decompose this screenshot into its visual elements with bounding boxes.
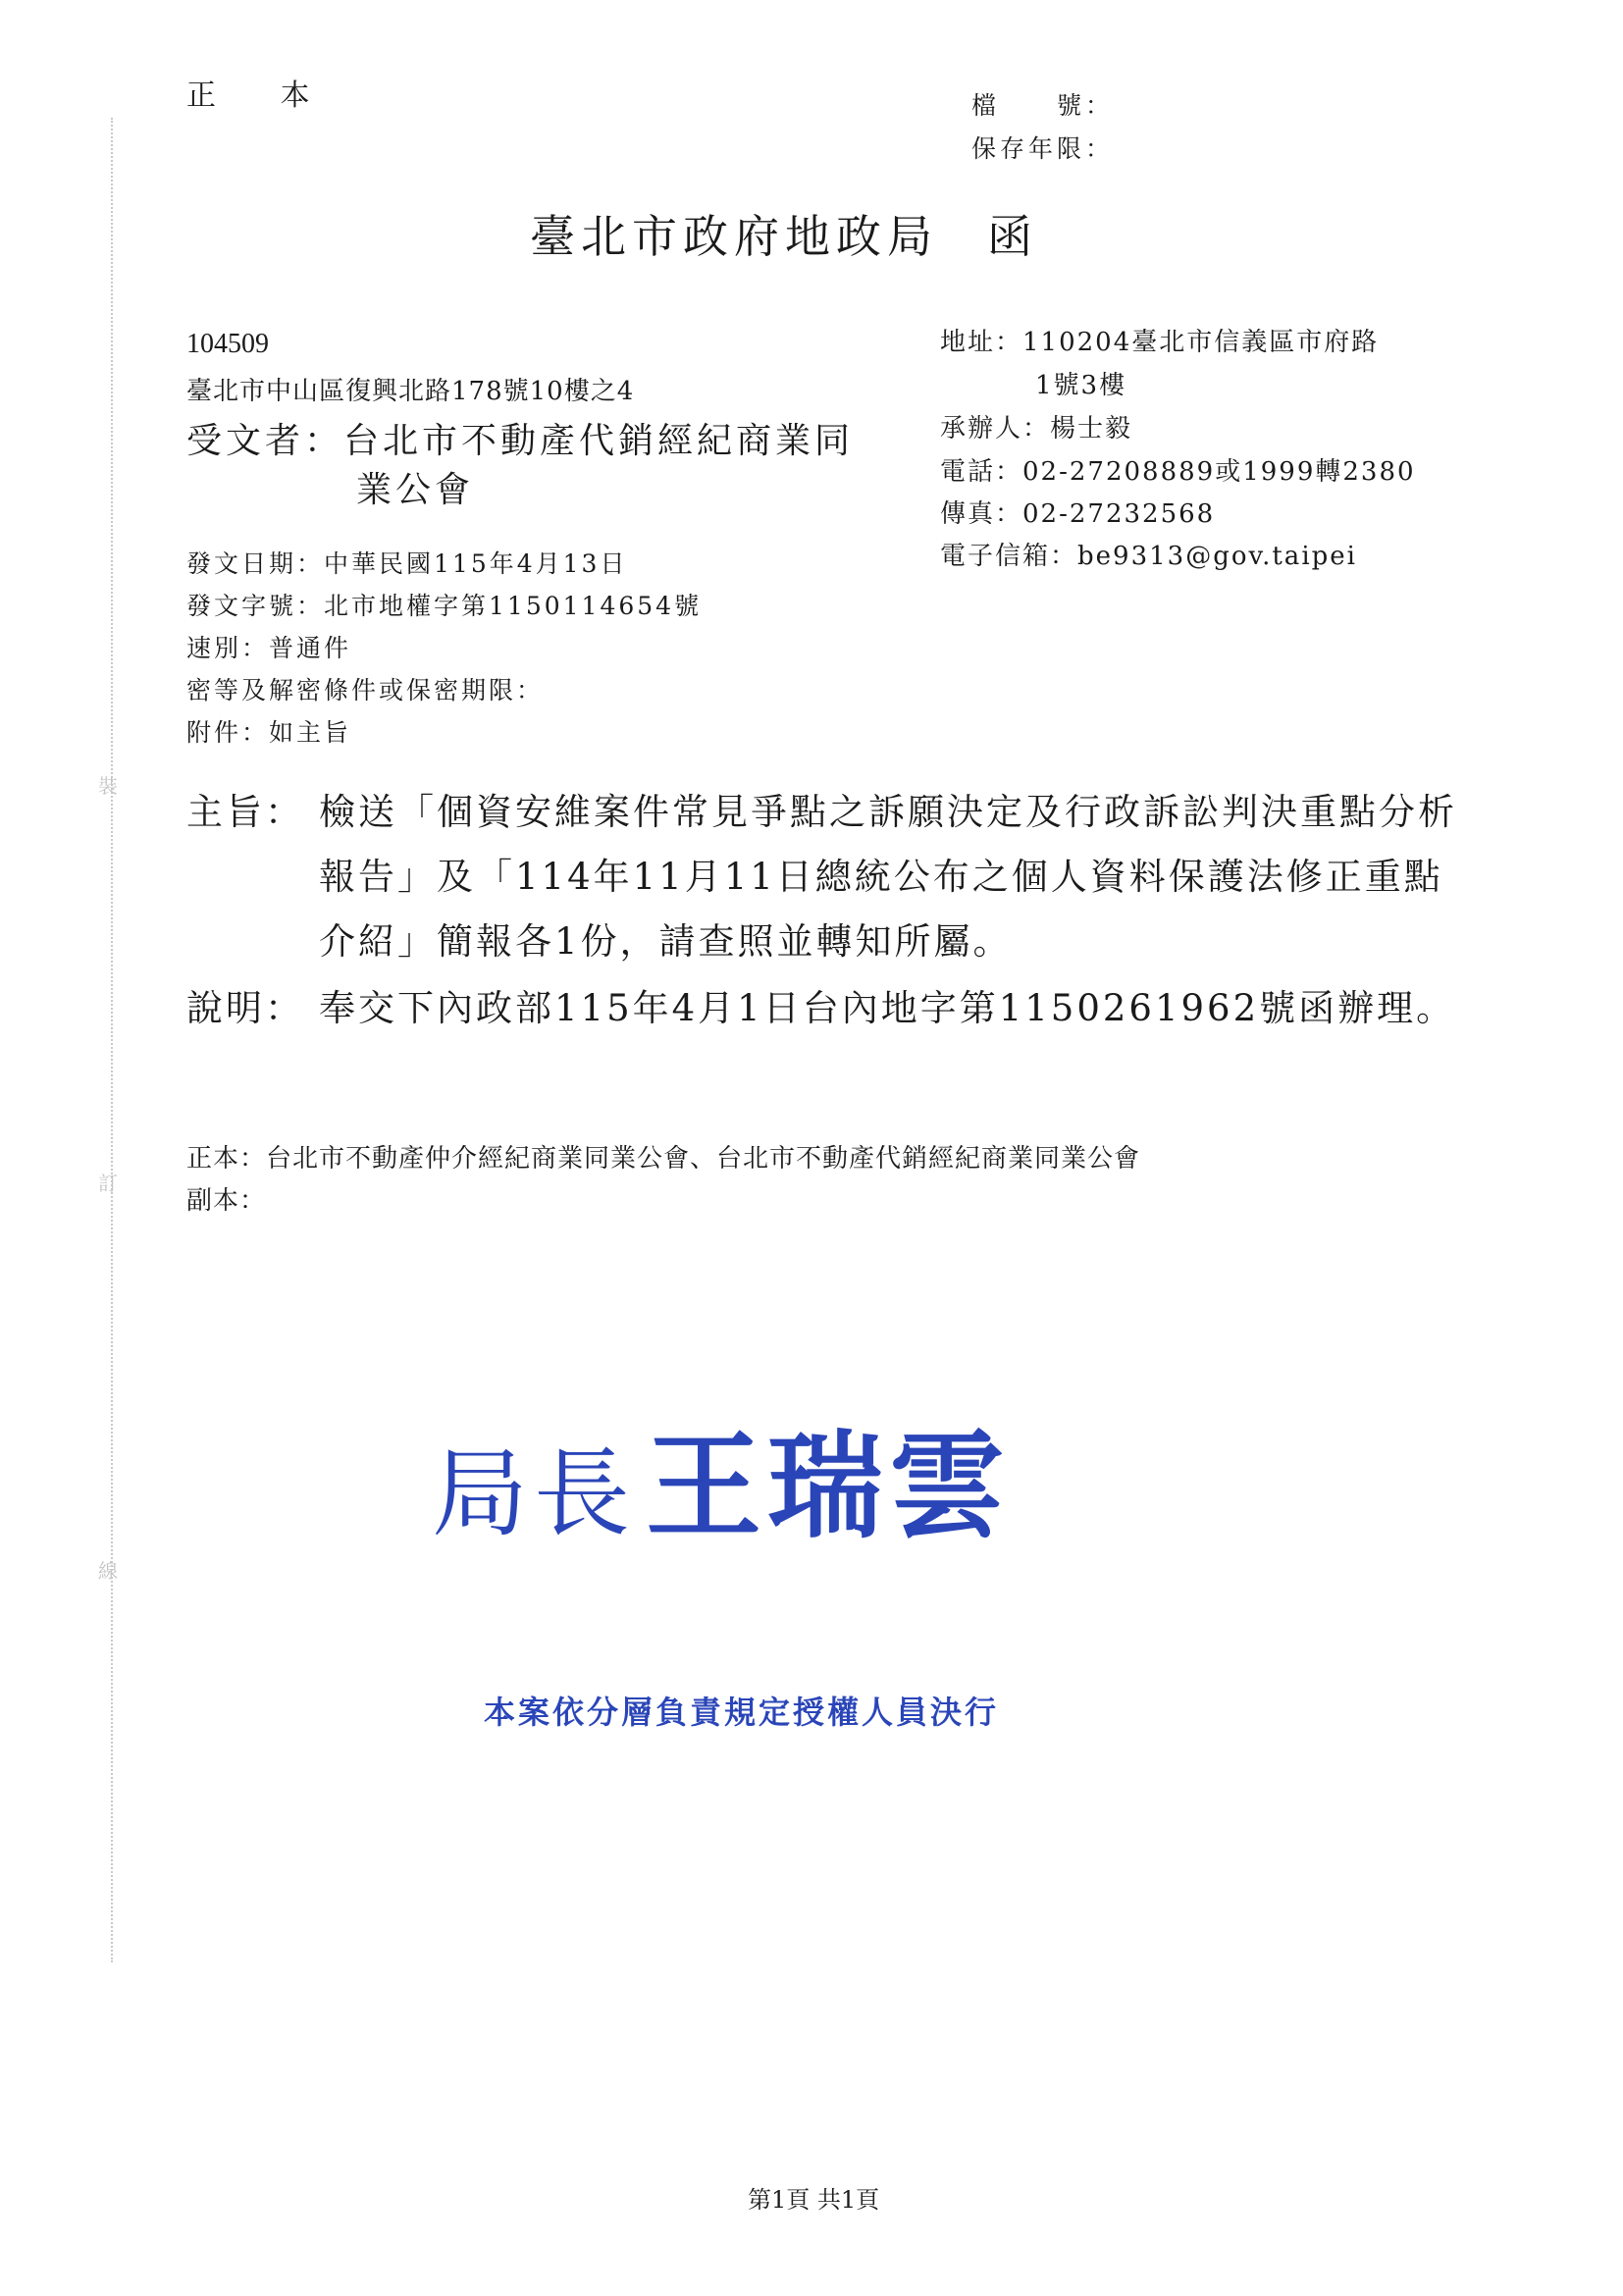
recipient-name-line2: 業公會 — [186, 466, 932, 515]
binding-line — [111, 118, 113, 1962]
explanation-section: 說明： 奉交下內政部115年4月1日台內地字第1150261962號函辦理。 — [186, 976, 1462, 1041]
document-kind: 函 — [987, 210, 1038, 263]
signature-stamp: 局長王瑞雲 — [432, 1393, 1011, 1560]
signature-title: 局長 — [432, 1438, 636, 1550]
signature-name: 王瑞雲 — [646, 1418, 1011, 1554]
binding-mark-bind: 裝 — [98, 770, 118, 799]
subject-label: 主旨： — [186, 780, 304, 845]
recipient: 受文者：台北市不動產代銷經紀商業同 業公會 — [186, 417, 932, 515]
phone: 電話：02-27208889或1999轉2380 — [940, 451, 1416, 488]
delegation-note: 本案依分層負責規定授權人員決行 — [484, 1688, 999, 1733]
document-number-label: 發文字號： — [186, 592, 324, 620]
retention-period-label: 保存年限： — [971, 130, 1114, 165]
subject-text: 檢送「個資安維案件常見爭點之訴願決定及行政訴訟判決重點分析報告」及「114年11… — [186, 780, 1462, 974]
issue-date-label: 發文日期： — [186, 549, 324, 578]
issue-date-value: 中華民國115年4月13日 — [324, 549, 627, 578]
attachments-label: 附件： — [186, 718, 269, 747]
sender-address-line2: 1號3樓 — [1035, 365, 1126, 401]
distribution-original: 正本：台北市不動產仲介經紀商業同業公會、台北市不動產代銷經紀商業同業公會 — [186, 1138, 1140, 1174]
issue-date: 發文日期：中華民國115年4月13日 — [186, 545, 627, 580]
delivery-speed: 速別：普通件 — [186, 629, 351, 664]
recipient-postal-code: 104509 — [186, 329, 269, 360]
delivery-speed-label: 速別： — [186, 634, 269, 662]
recipient-name-line1: 台北市不動產代銷經紀商業同 — [343, 421, 854, 461]
explanation-text: 奉交下內政部115年4月1日台內地字第1150261962號函辦理。 — [186, 976, 1462, 1041]
attachments-value: 如主旨 — [269, 718, 351, 747]
classification: 密等及解密條件或保密期限： — [186, 671, 544, 706]
file-number-label: 檔 號： — [971, 86, 1114, 122]
copy-type-label: 正 本 — [186, 71, 338, 114]
fax: 傳真：02-27232568 — [940, 494, 1215, 530]
binding-mark-line: 線 — [98, 1555, 118, 1584]
sender-address-line1: 地址：110204臺北市信義區市府路 — [940, 322, 1379, 358]
document-number-value: 北市地權字第1150114654號 — [324, 592, 702, 620]
subject-section: 主旨： 檢送「個資安維案件常見爭點之訴願決定及行政訴訟判決重點分析報告」及「11… — [186, 780, 1462, 974]
page-indicator: 第1頁 共1頁 — [748, 2180, 879, 2215]
recipient-label: 受文者： — [186, 421, 343, 461]
handler: 承辦人：楊士毅 — [940, 408, 1132, 444]
document-title: 臺北市政府地政局函 — [530, 201, 1038, 266]
delivery-speed-value: 普通件 — [269, 634, 351, 662]
attachments: 附件：如主旨 — [186, 713, 351, 749]
binding-mark-staple: 訂 — [98, 1168, 118, 1196]
email: 電子信箱：be9313@gov.taipei — [940, 536, 1357, 572]
explanation-label: 說明： — [186, 976, 304, 1041]
recipient-address: 臺北市中山區復興北路178號10樓之4 — [186, 371, 634, 407]
distribution-copy: 副本： — [186, 1180, 266, 1217]
agency-name: 臺北市政府地政局 — [530, 210, 938, 263]
document-number: 發文字號：北市地權字第1150114654號 — [186, 587, 702, 622]
classification-label: 密等及解密條件或保密期限： — [186, 676, 544, 704]
